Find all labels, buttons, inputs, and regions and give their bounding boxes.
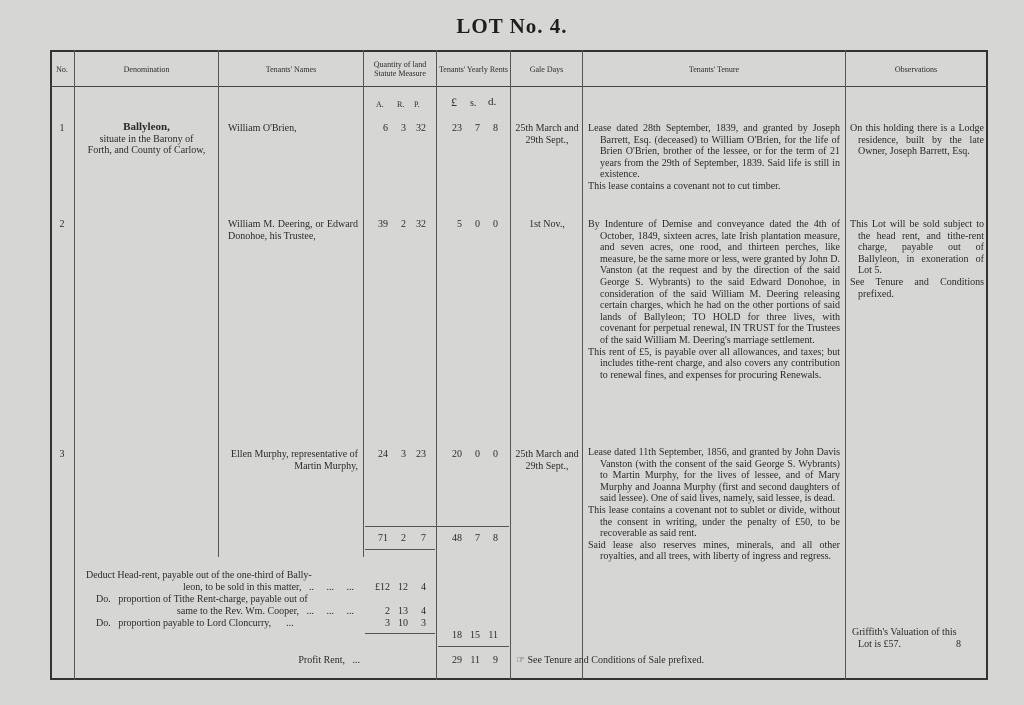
row-number: 2 — [50, 219, 74, 231]
rent-pounds: 20 — [444, 449, 462, 460]
total-perches: 7 — [410, 533, 426, 544]
total-roods: 2 — [396, 533, 406, 544]
profit-rent-pence: 9 — [484, 655, 498, 666]
deduction-label: Deduct Head-rent, payable out of the one… — [86, 570, 354, 582]
page-title: LOT No. 4. — [0, 14, 1024, 39]
subheader-roods: R. — [397, 99, 404, 111]
deduction-shillings: 13 — [394, 606, 408, 617]
denomination-line2: situate in the Barony of — [75, 134, 218, 146]
row-number: 3 — [50, 449, 74, 461]
header-denomination: Denomination — [75, 52, 218, 86]
tenure-text: By Indenture of Demise and conveyance da… — [588, 219, 840, 381]
page-number: 8 — [956, 639, 968, 651]
sum-line — [438, 646, 509, 647]
deduction-pounds: 3 — [366, 618, 390, 629]
perches: 32 — [410, 123, 426, 134]
rent-pence: 0 — [484, 449, 498, 460]
header-tenants-names: Tenants' Names — [219, 52, 363, 86]
deduction-pence: 3 — [414, 618, 426, 629]
col-divider — [363, 50, 364, 557]
acres: 6 — [370, 123, 388, 134]
deduction-total-pounds: 18 — [444, 630, 462, 641]
tenure-paragraph: This lease contains a covenant not to cu… — [588, 181, 840, 193]
footer-note: ☞ See Tenure and Conditions of Sale pref… — [516, 655, 816, 667]
gale-day: 25th March and 29th Sept., — [514, 123, 580, 146]
tenure-paragraph: Said lease also reserves mines, minerals… — [588, 540, 840, 563]
subheader-pounds: £ — [451, 97, 457, 109]
tenant-name: William O'Brien, — [228, 123, 358, 135]
header-tenure: Tenants' Tenure — [583, 52, 845, 86]
observations-text: This Lot will be sold subject to the hea… — [850, 219, 984, 300]
tenure-text: Lease dated 28th September, 1839, and gr… — [588, 123, 840, 193]
perches: 32 — [410, 219, 426, 230]
col-divider — [582, 50, 583, 680]
tenure-paragraph: This lease contains a covenant not to su… — [588, 505, 840, 540]
tenure-paragraph: Lease dated 11th September, 1856, and gr… — [588, 447, 840, 505]
sum-line — [365, 633, 435, 634]
valuation-line1: Griffith's Valuation of this — [852, 627, 986, 639]
observation-paragraph: See Tenure and Conditions prefixed. — [850, 277, 984, 300]
rent-pounds: 5 — [444, 219, 462, 230]
header-observations: Observations — [846, 52, 986, 86]
deduction-pounds: £12 — [366, 582, 390, 593]
gale-day: 1st Nov., — [514, 219, 580, 231]
header-no: No. — [50, 52, 74, 86]
total-rent-pounds: 48 — [444, 533, 462, 544]
tenant-name: William M. Deering, or Edward Donohoe, h… — [228, 219, 358, 242]
acres: 39 — [370, 219, 388, 230]
subheader-pence: d. — [488, 97, 496, 109]
rent-shillings: 7 — [466, 123, 480, 134]
subheader-shillings: s. — [470, 98, 476, 110]
roods: 2 — [396, 219, 406, 230]
total-rent-shillings: 7 — [466, 533, 480, 544]
deduction-label: Do. proportion of Tithe Rent-charge, pay… — [96, 594, 354, 606]
rent-pounds: 23 — [444, 123, 462, 134]
deduction-total-shillings: 15 — [466, 630, 480, 641]
deduction-total-pence: 11 — [484, 630, 498, 641]
col-divider — [845, 50, 846, 680]
rent-shillings: 0 — [466, 219, 480, 230]
denomination-name: Ballyleon, — [75, 122, 218, 134]
sum-line — [365, 549, 435, 550]
header-divider — [50, 86, 988, 87]
perches: 23 — [410, 449, 426, 460]
observation-paragraph: This Lot will be sold subject to the hea… — [850, 219, 984, 277]
rent-pence: 0 — [484, 219, 498, 230]
roods: 3 — [396, 123, 406, 134]
observation-paragraph: On this holding there is a Lodge residen… — [850, 123, 984, 158]
deduction-pounds: 2 — [366, 606, 390, 617]
rent-pence: 8 — [484, 123, 498, 134]
profit-rent-pounds: 29 — [444, 655, 462, 666]
tenure-paragraph: Lease dated 28th September, 1839, and gr… — [588, 123, 840, 181]
deduction-shillings: 10 — [394, 618, 408, 629]
profit-rent-label: Profit Rent, ... — [200, 655, 360, 667]
deduction-label: Do. proportion payable to Lord Cloncurry… — [96, 618, 354, 630]
deduction-label: leon, to be sold in this matter, .. ... … — [86, 582, 354, 594]
roods: 3 — [396, 449, 406, 460]
deduction-shillings: 12 — [394, 582, 408, 593]
subheader-acres: A. — [376, 99, 384, 111]
acres: 24 — [370, 449, 388, 460]
tenure-text: Lease dated 11th September, 1856, and gr… — [588, 447, 840, 563]
col-divider — [436, 50, 437, 680]
gale-day: 25th March and 29th Sept., — [514, 449, 580, 472]
row-number: 1 — [50, 123, 74, 135]
total-acres: 71 — [370, 533, 388, 544]
valuation-line2: Lot is £57. — [858, 639, 918, 651]
subheader-perches: P. — [414, 99, 420, 111]
deduction-label: same to the Rev. Wm. Cooper, ... ... ... — [86, 606, 354, 618]
tenure-paragraph: By Indenture of Demise and conveyance da… — [588, 219, 840, 347]
tenure-paragraph: This rent of £5, is payable over all all… — [588, 347, 840, 382]
total-rent-pence: 8 — [484, 533, 498, 544]
tenant-name: Ellen Murphy, representative of Martin M… — [228, 449, 358, 472]
header-quantity: Quantity of land Statute Measure — [364, 52, 436, 86]
deduction-pence: 4 — [414, 606, 426, 617]
deduction-pence: 4 — [414, 582, 426, 593]
col-divider — [218, 50, 219, 557]
denomination-line3: Forth, and County of Carlow, — [75, 145, 218, 157]
col-divider — [510, 50, 511, 680]
header-gale-days: Gale Days — [511, 52, 582, 86]
profit-rent-shillings: 11 — [466, 655, 480, 666]
header-rents: Tenants' Yearly Rents — [437, 52, 510, 86]
sum-line — [365, 526, 509, 527]
observations-text: On this holding there is a Lodge residen… — [850, 123, 984, 158]
rent-shillings: 0 — [466, 449, 480, 460]
